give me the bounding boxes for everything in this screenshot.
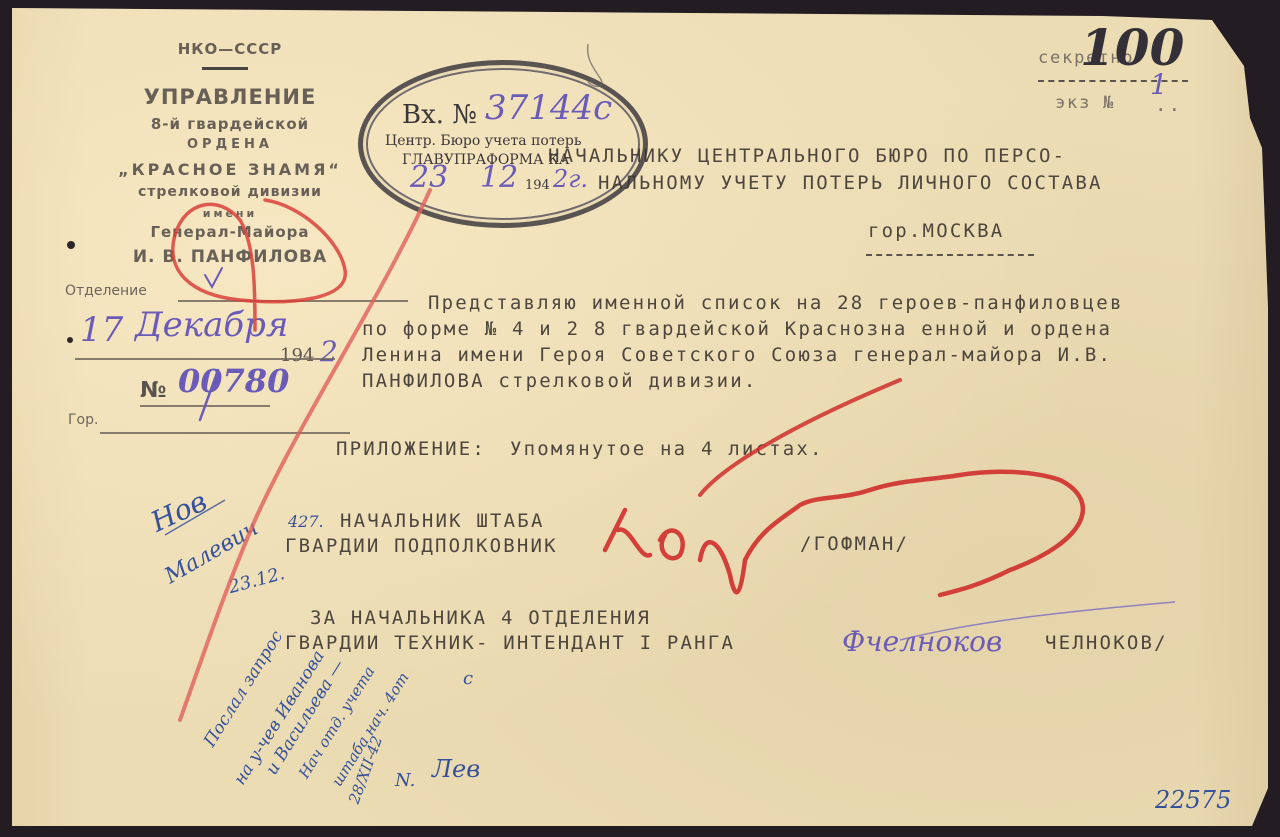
dept-title-line-1: ЗА НАЧАЛЬНИКА 4 ОТДЕЛЕНИЯ: [310, 607, 651, 629]
body-line-3: Ленина имени Героя Советского Союза гене…: [362, 344, 1112, 366]
stamp-line-1: УПРАВЛЕНИЕ: [90, 85, 370, 109]
outgoing-number-value: 00780: [178, 362, 289, 400]
incoming-date-year-prefix: 194: [525, 178, 550, 193]
addressee-line-2: НАЛЬНОМУ УЧЕТУ ПОТЕРЬ ЛИЧНОГО СОСТАВА: [598, 172, 1103, 194]
ministry-underline: [202, 67, 248, 70]
stamp-line-3: ордена: [90, 137, 370, 152]
body-line-1: Представляю именной список на 28 героев-…: [428, 292, 1124, 314]
incoming-date-day: 23: [410, 160, 448, 195]
department-line: [178, 300, 408, 302]
dept-signature: Фчелноков: [842, 625, 1002, 658]
note-initial: N.: [395, 770, 415, 791]
header-stamp: НКО—СССР УПРАВЛЕНИЕ 8-й гвардейской орде…: [90, 40, 370, 290]
handwritten-sheet-number: 100: [1080, 18, 1184, 77]
chief-title-line-2: ГВАРДИИ ПОДПОЛКОВНИК: [285, 535, 558, 557]
attachment-text: Упомянутое на 4 листах.: [510, 438, 824, 460]
department-label: Отделение: [65, 283, 147, 299]
outgoing-date-month: Декабря: [135, 305, 288, 345]
ministry-label: НКО—СССР: [90, 40, 370, 58]
outgoing-date-year-suffix: 2: [320, 335, 338, 368]
margin-note-ref: 427.: [288, 512, 324, 531]
stamp-line-4: „КРАСНОЕ ЗНАМЯ“: [90, 160, 370, 179]
body-line-2: по форме № 4 и 2 8 гвардейской Краснозна…: [362, 318, 1112, 340]
incoming-date-month: 12: [480, 160, 518, 195]
addressee-line-1: НАЧАЛЬНИКУ ЦЕНТРАЛЬНОГО БЮРО ПО ПЕРСО-: [548, 145, 1066, 167]
incoming-date-year-suffix: 2г.: [553, 165, 588, 193]
incoming-prefix: Вх. №: [402, 100, 477, 130]
number-line: [140, 405, 270, 407]
incoming-number: 37144с: [485, 88, 612, 128]
chief-name: /ГОФМАН/: [800, 533, 909, 555]
body-line-4: ПАНФИЛОВА стрелковой дивизии.: [362, 370, 758, 392]
chief-title-line-1: НАЧАЛЬНИК ШТАБА: [340, 510, 545, 532]
outgoing-number-label: №: [140, 378, 166, 403]
date-line: [75, 358, 335, 360]
note-sign: Лев: [432, 755, 480, 783]
stamp-line-8: И. В. ПАНФИЛОВА: [90, 247, 370, 267]
dept-name: ЧЕЛНОКОВ/: [1045, 632, 1168, 654]
bottom-handwritten-note: Послал запрос на у-чев Иванова и Василье…: [200, 660, 480, 820]
stamp-line-5: стрелковой дивизии: [90, 184, 370, 200]
archive-number: 22575: [1155, 786, 1231, 814]
stamp-line-2: 8-й гвардейской: [90, 115, 370, 133]
copy-label: экз №: [1055, 93, 1115, 113]
dept-title-line-2: ГВАРДИИ ТЕХНИК- ИНТЕНДАНТ I РАНГА: [285, 632, 735, 654]
note-mark: с: [463, 668, 473, 689]
stamp-line-6: имени: [90, 207, 370, 220]
outgoing-date-day: 17: [80, 310, 123, 350]
stamp-line-7: Генерал-Майора: [90, 223, 370, 241]
copy-dots: ..: [1155, 94, 1182, 116]
addressee-city: гор.МОСКВА: [868, 220, 1004, 242]
attachment-label: ПРИЛОЖЕНИЕ:: [336, 438, 486, 460]
addressee-city-underline: [866, 254, 1034, 256]
city-label: Гор.: [68, 412, 98, 428]
city-line: [100, 432, 350, 434]
